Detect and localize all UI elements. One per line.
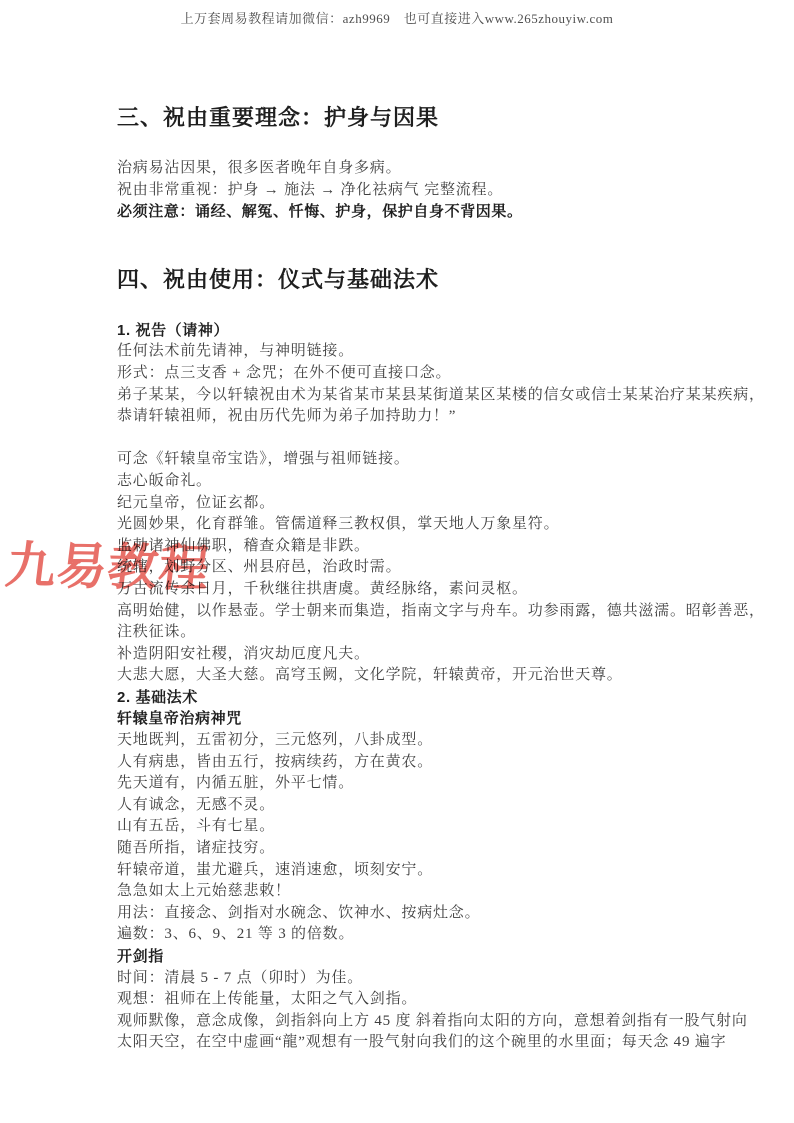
text-line: 先天道有，内循五脏，外平七情。	[117, 773, 683, 795]
text-line: 时间：清晨 5 - 7 点（卯时）为佳。	[117, 968, 683, 990]
text-line: 注秩征诛。	[117, 622, 683, 644]
subheading: 必须注意：诵经、解冤、忏悔、护身，保护自身不背因果。	[117, 201, 683, 223]
section-heading: 三、祝由重要理念：护身与因果	[117, 103, 683, 132]
text-line: 志心皈命礼。	[117, 471, 683, 493]
text-line: 太阳天空，在空中虚画“龍”观想有一股气射向我们的这个碗里的水里面；每天念 49 …	[117, 1032, 683, 1054]
text-line: 形式：点三支香 + 念咒；在外不便可直接口念。	[117, 363, 683, 385]
text-line: 弟子某某，今以轩辕祝由术为某省某市某县某街道某区某楼的信女或信士某某治疗某某疾病…	[117, 385, 683, 407]
text-line: 随吾所指，诸症技穷。	[117, 838, 683, 860]
text-line: 监勅诸神仙佛职，稽查众籍是非跌。	[117, 536, 683, 558]
subheading: 2. 基础法术	[117, 687, 683, 709]
document-page: 上万套周易教程请加微信：azh9969 也可直接进入www.265zhouyiw…	[0, 0, 794, 1123]
subheading: 轩辕皇帝治病神咒	[117, 708, 683, 730]
text-line: 统辖，划野分区、州县府邑，治政时需。	[117, 557, 683, 579]
text-line: 山有五岳，斗有七星。	[117, 816, 683, 838]
text-line: 高明始健，以作悬壶。学士朝来而集造，指南文字与舟车。功参雨露，德共滋濡。昭彰善恶…	[117, 601, 683, 623]
subheading: 开剑指	[117, 946, 683, 968]
text-line: 可念《轩辕皇帝宝诰》，增强与祖师链接。	[117, 449, 683, 471]
text-line: 遍数：3、6、9、21 等 3 的倍数。	[117, 924, 683, 946]
blank-line	[117, 428, 683, 450]
text-line: 急急如太上元始慈悲敕！	[117, 881, 683, 903]
text-line: 任何法术前先请神，与神明链接。	[117, 341, 683, 363]
page-header-text: 上万套周易教程请加微信：azh9969 也可直接进入www.265zhouyiw…	[0, 0, 794, 27]
text-line: 治病易沾因果，很多医者晚年自身多病。	[117, 158, 683, 180]
text-line: 万古流传余日月，千秋继往拱唐虞。黄经脉络，素问灵枢。	[117, 579, 683, 601]
text-line: 观师默像，意念成像，剑指斜向上方 45 度 斜着指向太阳的方向，意想着剑指有一股…	[117, 1011, 683, 1033]
text-line: 大悲大愿，大圣大慈。高穹玉阙，文化学院，轩辕黄帝，开元治世天尊。	[117, 665, 683, 687]
subheading: 1. 祝告（请神）	[117, 320, 683, 342]
document-content: 三、祝由重要理念：护身与因果治病易沾因果，很多医者晚年自身多病。祝由非常重视：护…	[117, 103, 683, 1054]
text-line: 祝由非常重视：护身 → 施法 → 净化祛病气 完整流程。	[117, 180, 683, 202]
text-line: 补造阴阳安社稷，消灾劫厄度凡夫。	[117, 644, 683, 666]
text-line: 人有诚念，无感不灵。	[117, 795, 683, 817]
text-line: 恭请轩辕祖师，祝由历代先师为弟子加持助力！”	[117, 406, 683, 428]
text-line: 光圆妙果，化育群雏。管儒道释三教权俱，掌天地人万象星符。	[117, 514, 683, 536]
text-line: 天地既判，五雷初分，三元悠列，八卦成型。	[117, 730, 683, 752]
section-heading: 四、祝由使用：仪式与基础法术	[117, 265, 683, 294]
text-line: 人有病患，皆由五行，按病续药，方在黄农。	[117, 752, 683, 774]
text-line: 轩辕帝道，蚩尤避兵，速消速愈，顷刻安宁。	[117, 860, 683, 882]
text-line: 观想：祖师在上传能量，太阳之气入剑指。	[117, 989, 683, 1011]
text-line: 用法：直接念、剑指对水碗念、饮神水、按病灶念。	[117, 903, 683, 925]
text-line: 纪元皇帝，位证玄都。	[117, 493, 683, 515]
